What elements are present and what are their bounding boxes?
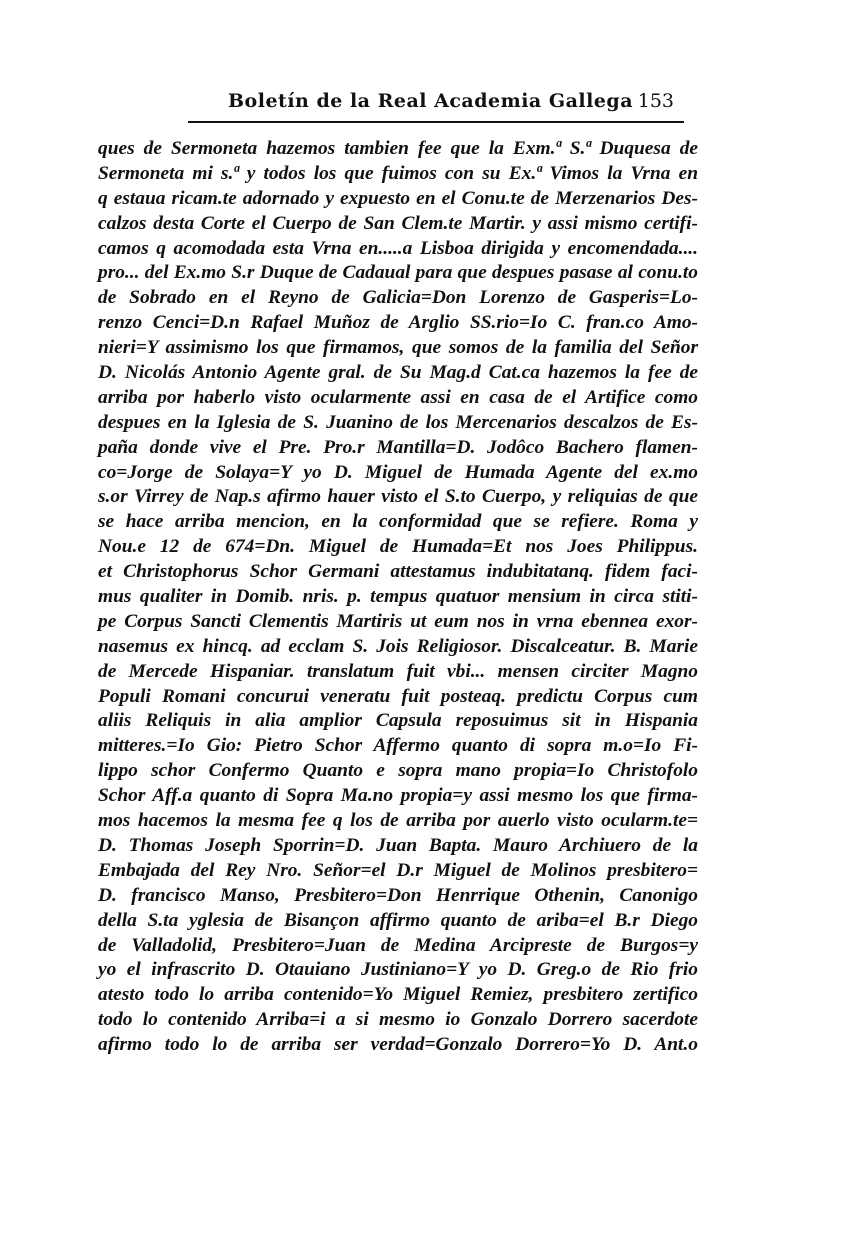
text-line: nasemus ex hincq. ad ecclam S. Jois Reli… [98,635,698,660]
text-line: della S.ta yglesia de Bisançon affirmo q… [98,909,698,934]
text-line: Nou.e 12 de 674=Dn. Miguel de Humada=Et … [98,535,698,560]
text-line: pe Corpus Sancti Clementis Martiris ut e… [98,610,698,635]
text-line: aliis Reliquis in alia amplior Capsula r… [98,709,698,734]
journal-title: Boletín de la Real Academia Gallega [228,90,633,112]
text-line: despues en la Iglesia de S. Juanino de l… [98,411,698,436]
header-rule [188,121,684,123]
text-line: D. Nicolás Antonio Agente gral. de Su Ma… [98,361,698,386]
text-line: D. Thomas Joseph Sporrin=D. Juan Bapta. … [98,834,698,859]
text-line: et Christophorus Schor Germani attestamu… [98,560,698,585]
text-line: ques de Sermoneta hazemos tambien fee qu… [98,137,698,162]
text-line: de Sobrado en el Reyno de Galicia=Don Lo… [98,286,698,311]
text-line: todo lo contenido Arriba=i a si mesmo io… [98,1008,698,1033]
text-line: Sermoneta mi s.ª y todos los que fuimos … [98,162,698,187]
text-line: Embajada del Rey Nro. Señor=el D.r Migue… [98,859,698,884]
body-text: ques de Sermoneta hazemos tambien fee qu… [98,137,698,1058]
text-line: mos hacemos la mesma fee q los de arriba… [98,809,698,834]
running-header: Boletín de la Real Academia Gallega 153 [188,88,684,118]
text-line: Schor Aff.a quanto di Sopra Ma.no propia… [98,784,698,809]
text-line: yo el infrascrito D. Otauiano Justiniano… [98,958,698,983]
text-line: paña donde vive el Pre. Pro.r Mantilla=D… [98,436,698,461]
text-line: mitteres.=Io Gio: Pietro Schor Affermo q… [98,734,698,759]
text-line: co=Jorge de Solaya=Y yo D. Miguel de Hum… [98,461,698,486]
text-line: nieri=Y assimismo los que firmamos, que … [98,336,698,361]
text-line: afirmo todo lo de arriba ser verdad=Gonz… [98,1033,698,1058]
text-line: s.or Virrey de Nap.s afirmo hauer visto … [98,485,698,510]
text-line: calzos desta Corte el Cuerpo de San Clem… [98,212,698,237]
text-line: pro... del Ex.mo S.r Duque de Cadaual pa… [98,261,698,286]
text-line: de Mercede Hispaniar. translatum fuit vb… [98,660,698,685]
text-line: camos q acomodada esta Vrna en.....a Lis… [98,237,698,262]
text-line: Populi Romani concurui veneratu fuit pos… [98,685,698,710]
page-number: 153 [638,90,674,112]
text-line: atesto todo lo arriba contenido=Yo Migue… [98,983,698,1008]
text-line: se hace arriba mencion, en la conformida… [98,510,698,535]
text-line: arriba por haberlo visto ocularmente ass… [98,386,698,411]
text-line: renzo Cenci=D.n Rafael Muñoz de Arglio S… [98,311,698,336]
text-line: de Valladolid, Presbitero=Juan de Medina… [98,934,698,959]
text-line: lippo schor Confermo Quanto e sopra mano… [98,759,698,784]
text-line: D. francisco Manso, Presbitero=Don Henrr… [98,884,698,909]
text-line: q estaua ricam.te adornado y expuesto en… [98,187,698,212]
text-line: mus qualiter in Domib. nris. p. tempus q… [98,585,698,610]
